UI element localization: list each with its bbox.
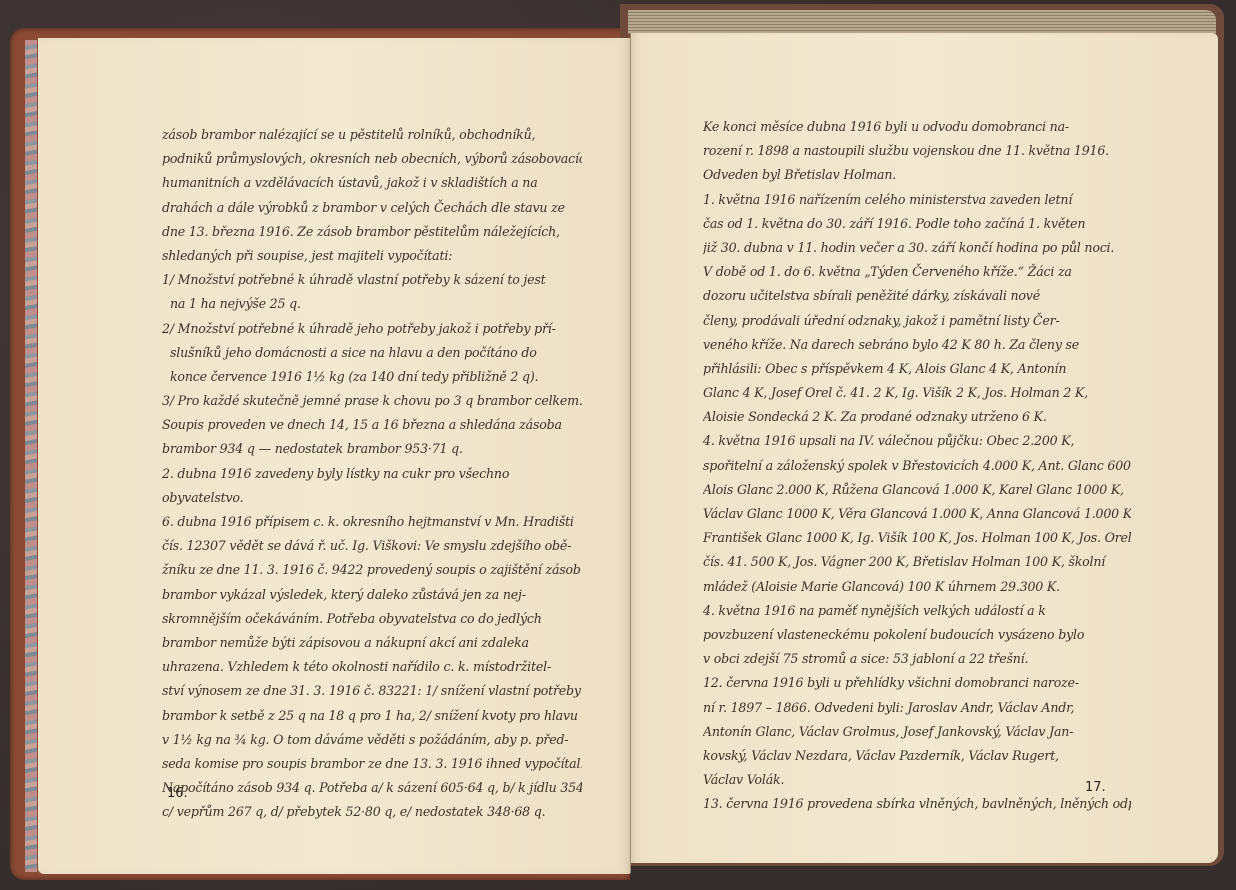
text-line: brambor 934 q — nedostatek brambor 953·7…: [162, 437, 582, 461]
text-line: dne 13. března 1916. Ze zásob brambor pě…: [162, 220, 582, 244]
text-line: Glanc 4 K, Josef Orel č. 41. 2 K, Ig. Vi…: [703, 381, 1131, 405]
text-line: 12. června 1916 byli u přehlídky všichni…: [703, 671, 1131, 695]
text-line: 4. května 1916 na paměť nynějších velkýc…: [703, 599, 1131, 623]
text-line: přihlásili: Obec s příspěvkem 4 K, Alois…: [703, 357, 1131, 381]
book-gutter: [630, 33, 631, 873]
text-line: v obci zdejší 75 stromů a sice: 53 jablo…: [703, 647, 1131, 671]
right-page-text: Ke konci měsíce dubna 1916 byli u odvodu…: [703, 115, 1131, 816]
text-line: konce července 1916 1½ kg (za 140 dní te…: [162, 365, 582, 389]
text-line: již 30. dubna v 11. hodin večer a 30. zá…: [703, 236, 1131, 260]
text-line: 6. dubna 1916 přípisem c. k. okresního h…: [162, 510, 582, 534]
text-line: podniků průmyslových, okresních neb obec…: [162, 147, 582, 171]
text-line: veného kříže. Na darech sebráno bylo 42 …: [703, 333, 1131, 357]
text-line: 3/ Pro každé skutečně jemné prase k chov…: [162, 389, 582, 413]
text-line: c/ vepřům 267 q, d/ přebytek 52·80 q, e/…: [162, 800, 582, 824]
text-line: v 1½ kg na ¾ kg. O tom dáváme věděti s p…: [162, 728, 582, 752]
text-line: Aloisie Sondecká 2 K. Za prodané odznaky…: [703, 405, 1131, 429]
text-line: skromnějším očekáváním. Potřeba obyvatel…: [162, 607, 582, 631]
page-number-right: 17.: [1085, 780, 1106, 795]
text-line: humanitních a vzdělávacích ústavů, jakož…: [162, 171, 582, 195]
text-line: dozoru učitelstva sbírali peněžité dárky…: [703, 284, 1131, 308]
text-line: čís. 12307 vědět se dává ř. uč. Ig. Višk…: [162, 534, 582, 558]
text-line: 4. května 1916 upsali na IV. válečnou pů…: [703, 429, 1131, 453]
text-line: členy, prodávali úřední odznaky, jakož i…: [703, 309, 1131, 333]
text-line: kovský, Václav Nezdara, Václav Pazderník…: [703, 744, 1131, 768]
text-line: Soupis proveden ve dnech 14, 15 a 16 bře…: [162, 413, 582, 437]
text-line: Odveden byl Břetislav Holman.: [703, 163, 1131, 187]
text-line: drahách a dále výrobků z brambor v celýc…: [162, 196, 582, 220]
text-line: čís. 41. 500 K, Jos. Vágner 200 K, Břeti…: [703, 550, 1131, 574]
text-line: 13. června 1916 provedena sbírka vlněnýc…: [703, 792, 1131, 816]
text-line: brambor vykázal výsledek, který daleko z…: [162, 583, 582, 607]
text-line: Alois Glanc 2.000 K, Růžena Glancová 1.0…: [703, 478, 1131, 502]
text-line: Ke konci měsíce dubna 1916 byli u odvodu…: [703, 115, 1131, 139]
text-line: brambor k setbě z 25 q na 18 q pro 1 ha,…: [162, 704, 582, 728]
text-line: uhrazena. Vzhledem k této okolnosti naří…: [162, 655, 582, 679]
text-line: Napočítáno zásob 934 q. Potřeba a/ k sáz…: [162, 776, 582, 800]
text-line: V době od 1. do 6. května „Týden Červené…: [703, 260, 1131, 284]
page-number-left: 16.: [167, 786, 188, 801]
text-line: spořitelní a záloženský spolek v Břestov…: [703, 454, 1131, 478]
left-page-text: zásob brambor nalézající se u pěstitelů …: [162, 123, 582, 824]
text-line: 1/ Množství potřebné k úhradě vlastní po…: [162, 268, 582, 292]
text-line: povzbuzení vlasteneckému pokolení budouc…: [703, 623, 1131, 647]
text-line: žníku ze dne 11. 3. 1916 č. 9422 provede…: [162, 558, 582, 582]
text-line: 2/ Množství potřebné k úhradě jeho potře…: [162, 317, 582, 341]
text-line: mládež (Aloisie Marie Glancová) 100 K úh…: [703, 575, 1131, 599]
text-line: na 1 ha nejvýše 25 q.: [162, 292, 582, 316]
text-line: obyvatelstvo.: [162, 486, 582, 510]
text-line: zásob brambor nalézající se u pěstitelů …: [162, 123, 582, 147]
text-line: František Glanc 1000 K, Ig. Višík 100 K,…: [703, 526, 1131, 550]
text-line: seda komise pro soupis brambor ze dne 13…: [162, 752, 582, 776]
text-line: Antonín Glanc, Václav Grolmus, Josef Jan…: [703, 720, 1131, 744]
text-line: rození r. 1898 a nastoupili službu vojen…: [703, 139, 1131, 163]
text-line: shledaných při soupise, jest majiteli vy…: [162, 244, 582, 268]
text-line: ní r. 1897 – 1866. Odvedeni byli: Jarosl…: [703, 696, 1131, 720]
text-line: čas od 1. května do 30. září 1916. Podle…: [703, 212, 1131, 236]
text-line: 1. května 1916 nařízením celého minister…: [703, 188, 1131, 212]
text-line: 2. dubna 1916 zavedeny byly lístky na cu…: [162, 462, 582, 486]
text-line: Václav Glanc 1000 K, Věra Glancová 1.000…: [703, 502, 1131, 526]
text-line: Václav Volák.: [703, 768, 1131, 792]
marbled-endpaper: [25, 40, 37, 872]
page-edges: [628, 10, 1216, 34]
text-line: ství výnosem ze dne 31. 3. 1916 č. 83221…: [162, 679, 582, 703]
text-line: slušníků jeho domácnosti a sice na hlavu…: [162, 341, 582, 365]
text-line: brambor nemůže býti zápisovou a nákupní …: [162, 631, 582, 655]
